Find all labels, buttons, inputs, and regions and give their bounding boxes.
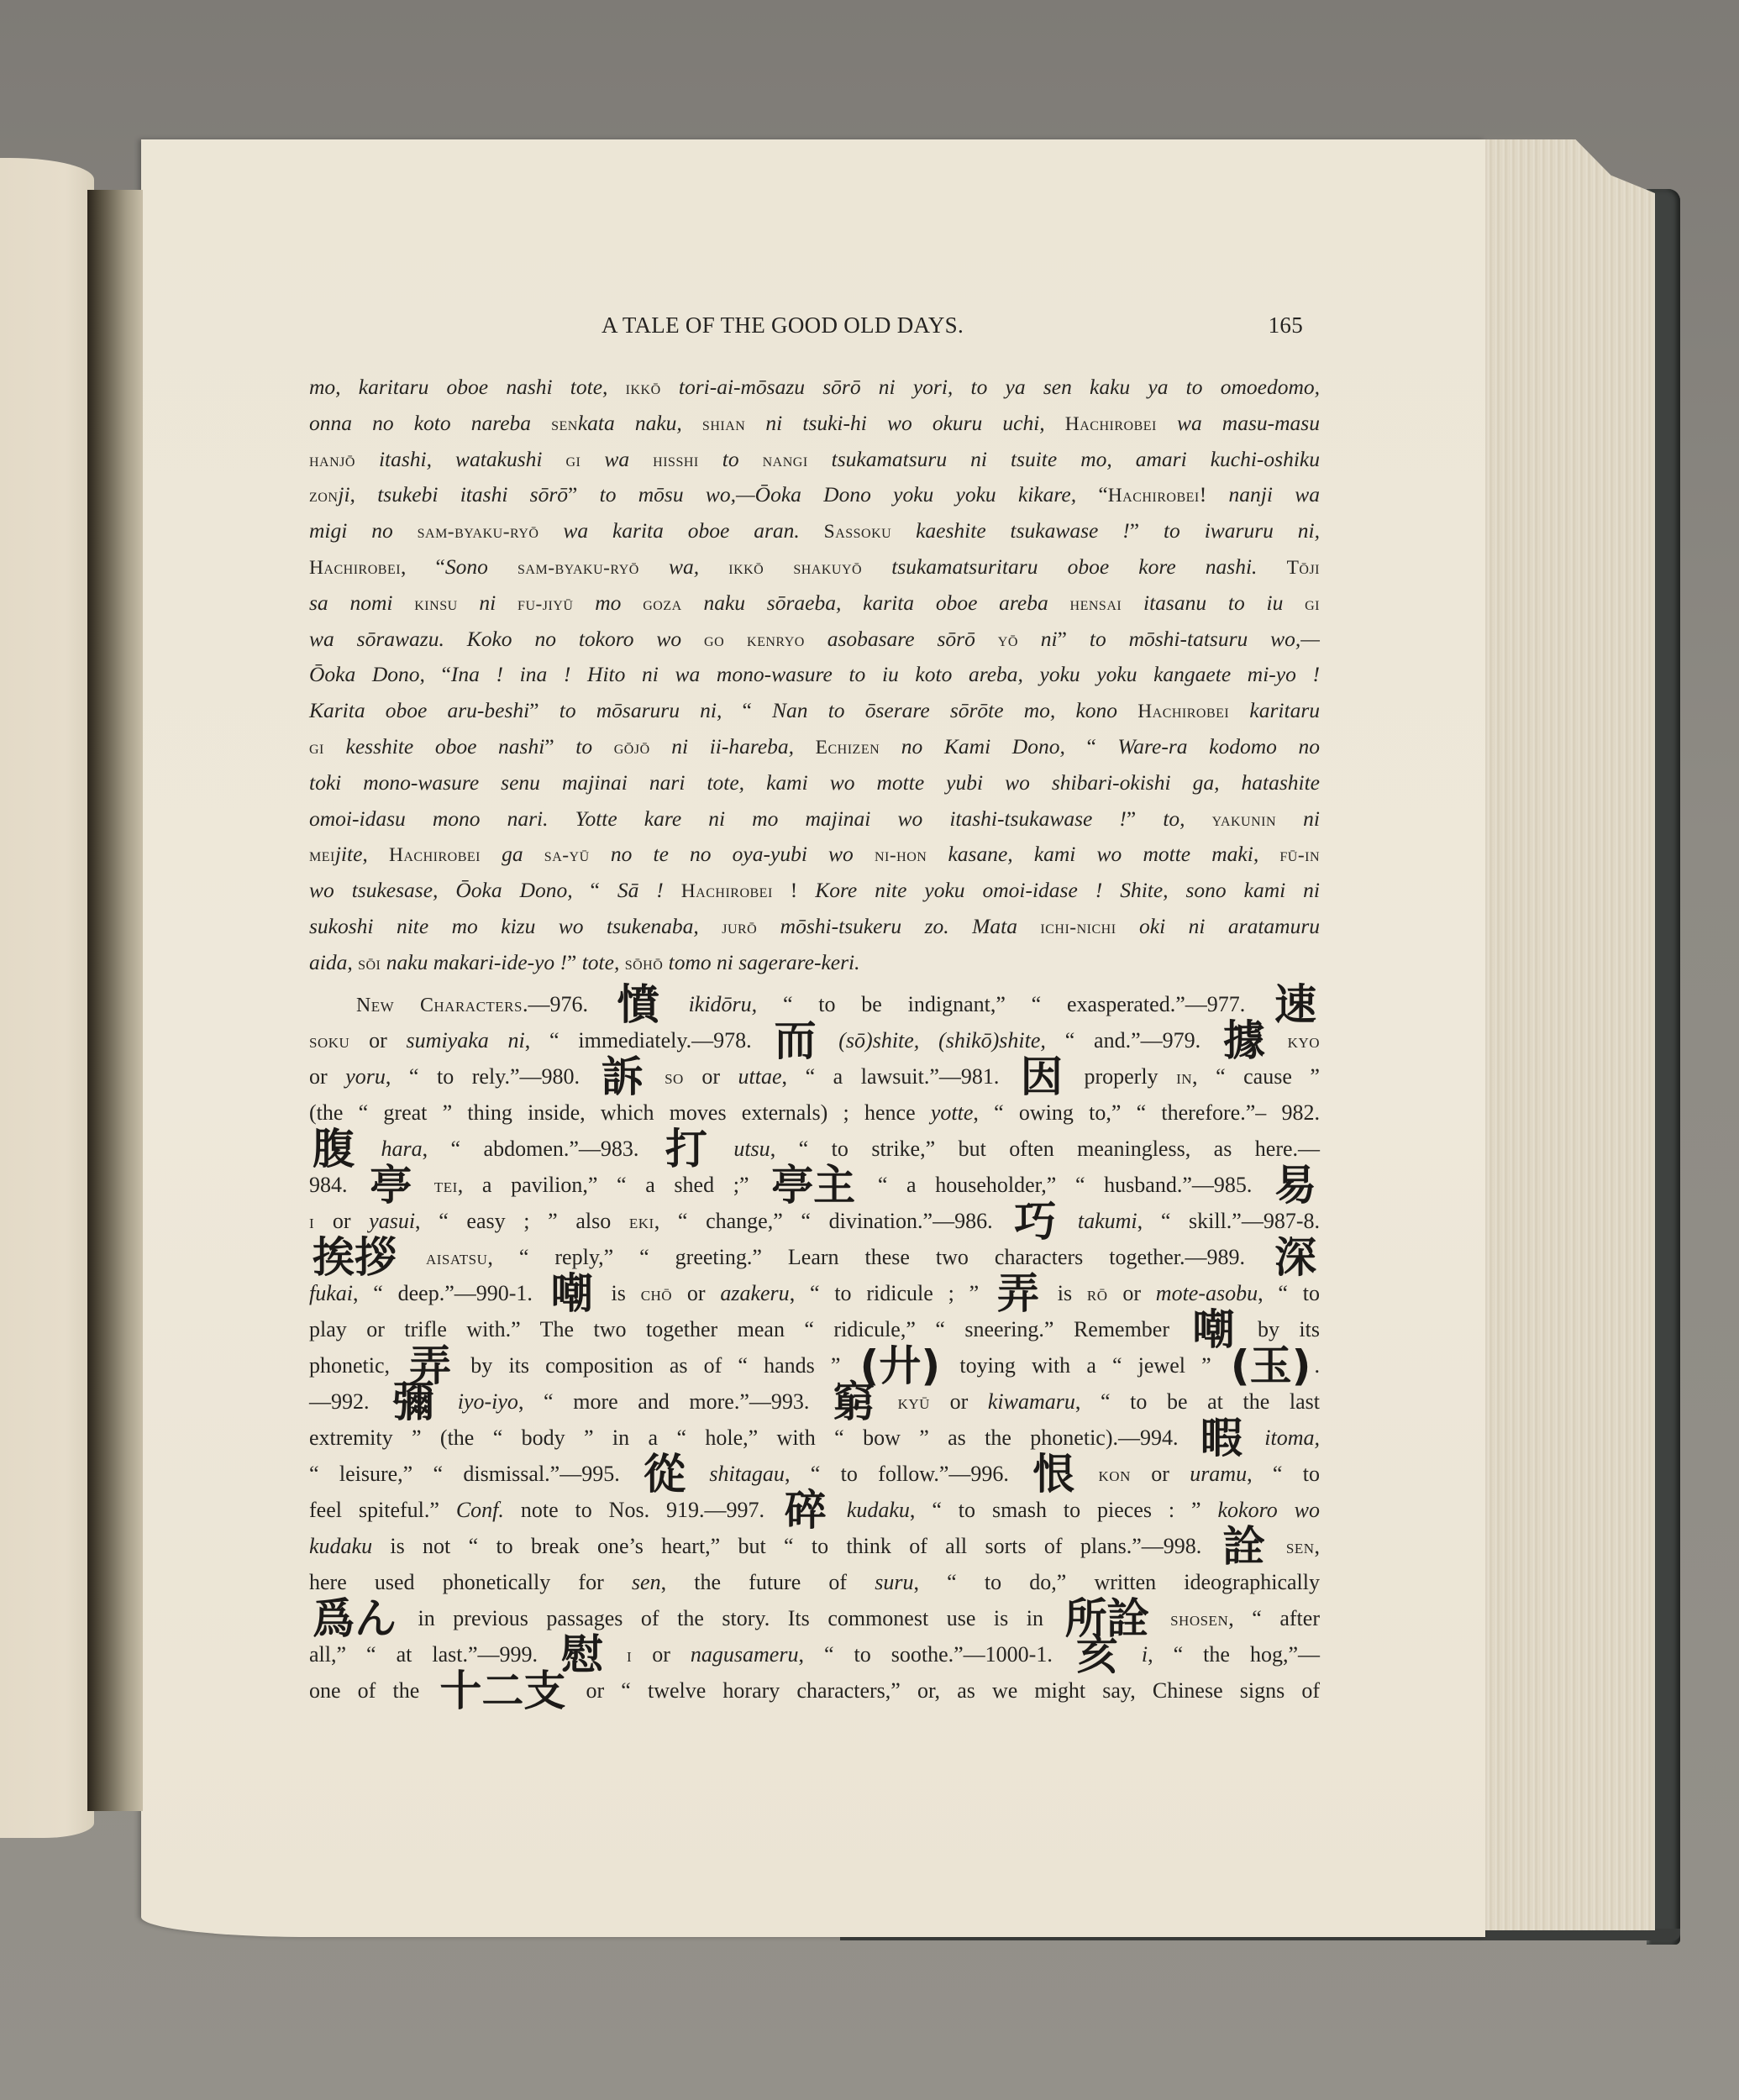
- italic-text: mo: [573, 591, 643, 615]
- small-caps-text: goza: [643, 593, 681, 615]
- text-line: 挨拶 aisatsu, “ reply,” “ greeting.” Learn…: [309, 1239, 1320, 1275]
- roman-text: , “ change,” “ divination.”—986.: [654, 1209, 1011, 1233]
- small-caps-text: fu-jiyū: [517, 593, 573, 615]
- italic-text: Nan to ōserare sōrōte mo, kono: [772, 698, 1137, 722]
- italic-text: to: [575, 734, 613, 759]
- text-line: migi no sam-byaku-ryō wa karita oboe ara…: [309, 513, 1320, 549]
- text-line: kudaku is not “ to break one’s heart,” b…: [309, 1528, 1320, 1564]
- italic-text: karitaru: [1229, 698, 1320, 722]
- italic-text: sukoshi nite mo kizu wo tsukenaba,: [309, 914, 722, 938]
- roman-text: ”: [1130, 518, 1164, 543]
- italic-text: to,: [1163, 806, 1211, 831]
- italic-text: kudaku: [830, 1498, 910, 1522]
- roman-text: , “ the hog,”—: [1148, 1642, 1320, 1667]
- roman-text: , “ to: [1247, 1462, 1320, 1486]
- italic-text: ni: [458, 591, 517, 615]
- italic-text: naku sōraeba, karita oboe areba: [682, 591, 1070, 615]
- italic-text: Sā !: [617, 878, 681, 902]
- small-caps-text: hisshi: [653, 449, 699, 471]
- small-caps-text: gi: [309, 737, 324, 759]
- roman-text: 984.: [309, 1173, 366, 1197]
- small-caps-text: kinsu: [414, 593, 457, 615]
- roman-text: “ a householder,” “ husband.”—985.: [859, 1173, 1271, 1197]
- small-caps-text: so: [647, 1067, 684, 1089]
- italic-text: takumi: [1059, 1209, 1137, 1233]
- text-line: sa nomi kinsu ni fu-jiyū mo goza naku sō…: [309, 585, 1320, 622]
- text-line: onna no koto nareba senkata naku, shian …: [309, 406, 1320, 442]
- text-line: sukoshi nite mo kizu wo tsukenaba, jurō …: [309, 909, 1320, 945]
- roman-text: properly: [1066, 1064, 1176, 1089]
- italic-text: kokoro wo: [1218, 1498, 1321, 1522]
- body-text: mo, karitaru oboe nashi tote, ikkō tori-…: [309, 370, 1320, 1709]
- small-caps-text: Hachirobei: [309, 557, 401, 579]
- roman-text: , “ abdomen.”—983.: [423, 1137, 662, 1161]
- small-caps-text: sen: [551, 413, 578, 435]
- roman-text: , “ to strike,” but often meaningless, a…: [770, 1137, 1320, 1161]
- italic-text: nagusameru: [691, 1642, 799, 1667]
- italic-text: to mōsu wo,—Ōoka Dono yoku yoku kikare,: [600, 482, 1099, 507]
- text-line: extremity ” (the “ body ” in a “ hole,” …: [309, 1420, 1320, 1456]
- roman-text: one of the: [309, 1678, 436, 1703]
- roman-text: , the future of: [661, 1570, 875, 1594]
- roman-text: !: [1200, 482, 1229, 507]
- italic-text: yasui: [369, 1209, 415, 1233]
- small-caps-text: kyo: [1269, 1031, 1320, 1053]
- small-caps-text: ikkō shakuyō: [728, 557, 862, 579]
- italic-text: kaeshite tsukawase !: [891, 518, 1130, 543]
- small-caps-text: gōjō: [614, 737, 650, 759]
- roman-text: “: [743, 698, 773, 722]
- roman-text: toying with a “ jewel ”: [943, 1353, 1227, 1378]
- text-line: phonetic, 弄 by its composition as of “ h…: [309, 1347, 1320, 1383]
- text-line: wo tsukesase, Ōoka Dono, “ Sā ! Hachirob…: [309, 873, 1320, 909]
- italic-text: (sō)shite, (shikō)shite,: [819, 1028, 1045, 1053]
- italic-text: tomo ni sagerare-keri.: [663, 950, 859, 974]
- roman-text: or: [1131, 1462, 1190, 1486]
- italic-text: wa karita oboe aran.: [539, 518, 823, 543]
- italic-text: fukai: [309, 1281, 353, 1305]
- italic-text: sen: [632, 1570, 661, 1594]
- italic-text: aida,: [309, 950, 358, 974]
- roman-text: here used phonetically for: [309, 1570, 632, 1594]
- italic-text: mote-asobu: [1156, 1281, 1258, 1305]
- italic-text: tori-ai-mōsazu sōrō ni yori, to ya sen k…: [661, 375, 1320, 399]
- italic-text: kasane, kami wo motte maki,: [927, 842, 1279, 866]
- small-caps-text: nangi: [763, 449, 808, 471]
- text-line: or yoru, “ to rely.”—980. 訴 so or uttae,…: [309, 1058, 1320, 1095]
- small-caps-text: yakunin: [1212, 809, 1276, 831]
- roman-text: or: [309, 1064, 345, 1089]
- small-caps-text: ni-hon: [875, 844, 927, 866]
- roman-text: by its composition as of “ hands ”: [454, 1353, 856, 1378]
- italic-text: kiwamaru: [988, 1389, 1075, 1414]
- gutter-shadow: [87, 190, 143, 1811]
- italic-text: kesshite oboe nashi: [324, 734, 544, 759]
- italic-text: itasanu to iu: [1122, 591, 1305, 615]
- italic-text: ikidōru,: [663, 992, 783, 1016]
- running-head-title: A TALE OF THE GOOD OLD DAYS.: [602, 312, 964, 339]
- italic-text: migi no: [309, 518, 418, 543]
- roman-text: “: [591, 878, 617, 902]
- small-caps-text: New Characters: [356, 995, 523, 1016]
- italic-text: itashi, watakushi: [355, 447, 566, 471]
- small-caps-text: Hachirobei: [389, 844, 481, 866]
- italic-text: oki ni aratamuru: [1116, 914, 1320, 938]
- roman-text: ”: [1058, 627, 1090, 651]
- italic-text: Ina ! ina ! Hito ni wa mono-wasure to iu…: [451, 662, 1320, 686]
- italic-text: sumiyaka ni: [407, 1028, 525, 1053]
- roman-text: , “ skill.”—987-8.: [1137, 1209, 1320, 1233]
- roman-text: , a pavilion,” “ a shed ;”: [458, 1173, 768, 1197]
- small-caps-text: gi: [1305, 593, 1320, 615]
- italic-text: Ware-ra kodomo no: [1117, 734, 1320, 759]
- italic-text: mo, karitaru oboe nashi tote,: [309, 375, 626, 399]
- roman-text: , “ to rely.”—980.: [386, 1064, 598, 1089]
- italic-text: wa,: [639, 554, 728, 579]
- text-line: feel spiteful.” Conf. note to Nos. 919.—…: [309, 1492, 1320, 1528]
- italic-text: ni ii-hareba,: [650, 734, 816, 759]
- new-characters-notes: New Characters.—976. 憤 ikidōru, “ to be …: [309, 986, 1320, 1709]
- italic-text: tsukamatsuritaru oboe kore nashi.: [862, 554, 1286, 579]
- page-number: 165: [1269, 312, 1303, 339]
- italic-text: i: [1122, 1642, 1148, 1667]
- roman-text: ”: [568, 482, 600, 507]
- small-caps-text: soku: [309, 1031, 349, 1053]
- roman-text: , “ to smash to pieces : ”: [910, 1498, 1218, 1522]
- italic-text: wo tsukesase, Ōoka Dono,: [309, 878, 591, 902]
- small-caps-text: Hachirobei: [1065, 413, 1157, 435]
- small-caps-text: chō: [641, 1284, 672, 1305]
- italic-text: naku makari-ide-yo !: [381, 950, 567, 974]
- italic-text: wa masu-masu: [1157, 411, 1320, 435]
- roman-text: , “ to follow.”—996.: [785, 1462, 1029, 1486]
- italic-text: sa nomi: [309, 591, 414, 615]
- italic-text: Conf.: [456, 1498, 504, 1522]
- italic-text: yoru: [345, 1064, 386, 1089]
- italic-text: to mōshi-tatsuru wo,—: [1090, 627, 1320, 651]
- small-caps-text: Hachirobei: [681, 880, 773, 902]
- roman-text: , “ deep.”—990-1.: [353, 1281, 548, 1305]
- small-caps-text: i: [607, 1645, 632, 1667]
- roman-text: “: [1086, 734, 1117, 759]
- small-caps-text: fū-in: [1279, 844, 1320, 866]
- small-caps-text: sōhō: [625, 953, 664, 974]
- small-caps-text: hanjō: [309, 449, 355, 471]
- roman-text: ,: [1315, 1534, 1321, 1558]
- small-caps-text: ikkō: [626, 377, 661, 399]
- italic-text: hara: [358, 1137, 423, 1161]
- italic-text: omoi-idasu mono nari. Yotte kare ni mo m…: [309, 806, 1127, 831]
- small-caps-text: Tōji: [1287, 557, 1320, 579]
- text-line: gi kesshite oboe nashi” to gōjō ni ii-ha…: [309, 729, 1320, 765]
- roman-text: is: [596, 1281, 641, 1305]
- italic-text: itoma,: [1246, 1425, 1320, 1450]
- page-block-edges: [1479, 139, 1655, 1930]
- roman-text: , “ immediately.—978.: [525, 1028, 771, 1053]
- small-caps-text: kyū: [878, 1392, 930, 1414]
- roman-text: is: [1043, 1281, 1087, 1305]
- roman-text: is not “ to break one’s heart,” but “ to…: [372, 1534, 1220, 1558]
- roman-text: (the “ great ” thing inside, which moves…: [309, 1100, 931, 1125]
- small-caps-text: Hachirobei: [1108, 485, 1200, 507]
- italic-text: suru: [875, 1570, 913, 1594]
- roman-text: ”: [544, 734, 575, 759]
- roman-text: play or trifle with.” The two together m…: [309, 1317, 1189, 1341]
- roman-text: “ to be indignant,” “ exasperated.”—977.: [783, 992, 1271, 1016]
- italic-text: Kore nite yoku omoi-idase ! Shite, sono …: [815, 878, 1320, 902]
- roman-text: phonetic,: [309, 1353, 406, 1378]
- italic-text: wa: [581, 447, 653, 471]
- text-line: Karita oboe aru-beshi” to mōsaruru ni, “…: [309, 693, 1320, 729]
- small-caps-text: kon: [1078, 1464, 1131, 1486]
- italic-text: Karita oboe aru-beshi: [309, 698, 529, 722]
- text-line: (the “ great ” thing inside, which moves…: [309, 1095, 1320, 1131]
- italic-text: asobasare sōrō: [805, 627, 998, 651]
- roman-text: , “ reply,” “ greeting.” Learn these two…: [487, 1245, 1271, 1269]
- roman-text: or “ twelve horary characters,” or, as w…: [569, 1678, 1320, 1703]
- italic-text: shitagau: [689, 1462, 785, 1486]
- italic-text: toki mono-wasure senu majinai nari tote,…: [309, 770, 1320, 795]
- italic-text: no Kami Dono,: [880, 734, 1086, 759]
- roman-text: “: [442, 662, 451, 686]
- text-line: i or yasui, “ easy ; ” also eki, “ chang…: [309, 1203, 1320, 1239]
- text-line: 爲ん in previous passages of the story. It…: [309, 1600, 1320, 1636]
- italic-text: yotte: [931, 1100, 974, 1125]
- small-caps-text: shosen: [1153, 1609, 1229, 1630]
- roman-text: , “: [401, 554, 445, 579]
- roman-text: ”: [529, 698, 560, 722]
- roman-text: —992.: [309, 1389, 389, 1414]
- small-caps-text: zon: [309, 485, 338, 507]
- roman-text: by its: [1237, 1317, 1320, 1341]
- italic-text: kudaku: [309, 1534, 372, 1558]
- roman-text: feel spiteful.”: [309, 1498, 456, 1522]
- roman-text: , “ to ridicule ; ”: [790, 1281, 994, 1305]
- text-line: Hachirobei, “Sono sam-byaku-ryō wa, ikkō…: [309, 549, 1320, 585]
- small-caps-text: sam-byaku-ryō: [517, 557, 639, 579]
- italic-text: tsukamatsuru ni tsuite mo, amari kuchi-o…: [808, 447, 1320, 471]
- text-line: wa sōrawazu. Koko no tokoro wo go kenryo…: [309, 622, 1320, 658]
- small-caps-text: Echizen: [816, 737, 880, 759]
- roman-text: ”: [567, 950, 582, 974]
- text-line: fukai, “ deep.”—990-1. 嘲 is chō or azake…: [309, 1275, 1320, 1311]
- roman-text: or: [632, 1642, 691, 1667]
- italic-text: Sono: [445, 554, 517, 579]
- small-caps-text: go kenryo: [704, 629, 805, 651]
- italic-text: iyo-iyo: [438, 1389, 518, 1414]
- text-line: mo, karitaru oboe nashi tote, ikkō tori-…: [309, 370, 1320, 406]
- text-line: hanjō itashi, watakushi gi wa hisshi to …: [309, 442, 1320, 478]
- small-caps-text: gi: [565, 449, 581, 471]
- italic-text: jite,: [335, 842, 389, 866]
- italic-text: kata naku,: [578, 411, 702, 435]
- roman-text: , “ easy ; ” also: [415, 1209, 629, 1233]
- roman-text: , “ more and more.”—993.: [518, 1389, 829, 1414]
- roman-text: , “ after: [1228, 1606, 1320, 1630]
- italic-text: utsu: [711, 1137, 770, 1161]
- small-caps-text: in: [1176, 1067, 1192, 1089]
- roman-text: , “ owing to,” “ therefore.”– 982.: [973, 1100, 1320, 1125]
- small-caps-text: Sassoku: [824, 521, 892, 543]
- text-line: play or trifle with.” The two together m…: [309, 1311, 1320, 1347]
- italic-text: ni tsuki-hi wo okuru uchi,: [745, 411, 1064, 435]
- small-caps-text: shian: [702, 413, 745, 435]
- roman-text: , “ a lawsuit.”—981.: [782, 1064, 1017, 1089]
- text-line: Ōoka Dono, “Ina ! ina ! Hito ni wa mono-…: [309, 657, 1320, 693]
- small-caps-text: sa-yū: [544, 844, 590, 866]
- roman-text: !: [773, 878, 815, 902]
- italic-text: to mōsaruru ni,: [560, 698, 743, 722]
- italic-text: wa sōrawazu. Koko no tokoro wo: [309, 627, 704, 651]
- text-line: 984. 亭 tei, a pavilion,” “ a shed ;” 亭主 …: [309, 1167, 1320, 1203]
- italic-text: mōshi-tsukeru zo. Mata: [757, 914, 1040, 938]
- italic-text: to iwaruru ni,: [1164, 518, 1320, 543]
- small-caps-text: eki: [629, 1211, 654, 1233]
- text-line: one of the 十二支 or “ twelve horary charac…: [309, 1672, 1320, 1709]
- text-line: here used phonetically for sen, the futu…: [309, 1564, 1320, 1600]
- roman-text: “ and.”—979.: [1046, 1028, 1220, 1053]
- roman-text: extremity ” (the “ body ” in a “ hole,” …: [309, 1425, 1197, 1450]
- italic-text: nanji wa: [1229, 482, 1320, 507]
- small-caps-text: Hachirobei: [1137, 701, 1229, 722]
- italic-text: ga: [481, 842, 544, 866]
- italic-text: ni: [1018, 627, 1058, 651]
- italic-text: uramu: [1190, 1462, 1247, 1486]
- italic-text: azakeru: [720, 1281, 789, 1305]
- roman-text: ”: [1127, 806, 1163, 831]
- small-caps-text: ichi-nichi: [1040, 916, 1116, 938]
- small-caps-text: mei: [309, 844, 335, 866]
- italic-text: Ōoka Dono,: [309, 662, 442, 686]
- roman-text: “ leisure,” “ dismissal.”—995.: [309, 1462, 640, 1486]
- text-line: aida, sōi naku makari-ide-yo !” tote, sō…: [309, 945, 1320, 981]
- text-line: meijite, Hachirobei ga sa-yū no te no oy…: [309, 837, 1320, 873]
- story-paragraph: mo, karitaru oboe nashi tote, ikkō tori-…: [309, 370, 1320, 981]
- roman-text: note to Nos. 919.—997.: [504, 1498, 781, 1522]
- small-caps-text: tei: [415, 1175, 458, 1197]
- italic-text: ni: [1276, 806, 1320, 831]
- roman-text: .—976.: [523, 992, 614, 1016]
- roman-text: in previous passages of the story. Its c…: [400, 1606, 1062, 1630]
- roman-text: , “ to be at the last: [1075, 1389, 1320, 1414]
- roman-text: .: [1314, 1353, 1320, 1378]
- italic-text: ji, tsukebi itashi sōrō: [338, 482, 568, 507]
- roman-text: or: [1108, 1281, 1156, 1305]
- roman-text: , “ to: [1258, 1281, 1320, 1305]
- small-caps-text: sen: [1269, 1536, 1315, 1558]
- small-caps-text: sam-byaku-ryō: [418, 521, 539, 543]
- roman-text: or: [314, 1209, 369, 1233]
- text-line: toki mono-wasure senu majinai nari tote,…: [309, 765, 1320, 801]
- text-line: soku or sumiyaka ni, “ immediately.—978.…: [309, 1022, 1320, 1058]
- roman-text: , “ to do,” written ideographically: [914, 1570, 1321, 1594]
- small-caps-text: rō: [1087, 1284, 1108, 1305]
- roman-text: all,” “ at last.”—999.: [309, 1642, 558, 1667]
- text-line: omoi-idasu mono nari. Yotte kare ni mo m…: [309, 801, 1320, 837]
- small-caps-text: sōi: [358, 953, 381, 974]
- italic-text: to: [699, 447, 763, 471]
- left-page-edge: [0, 158, 94, 1838]
- roman-text: “: [1098, 482, 1107, 507]
- italic-text: tote,: [582, 950, 625, 974]
- small-caps-text: hensai: [1070, 593, 1122, 615]
- italic-text: uttae: [738, 1064, 782, 1089]
- small-caps-text: aisatsu: [400, 1247, 487, 1269]
- small-caps-text: yō: [998, 629, 1018, 651]
- small-caps-text: jurō: [722, 916, 757, 938]
- italic-text: onna no koto nareba: [309, 411, 551, 435]
- text-line: zonji, tsukebi itashi sōrō” to mōsu wo,—…: [309, 477, 1320, 513]
- roman-text: or: [349, 1028, 406, 1053]
- italic-text: no te no oya-yubi wo: [590, 842, 875, 866]
- text-line: —992. 彌 iyo-iyo, “ more and more.”—993. …: [309, 1383, 1320, 1420]
- roman-text: or: [672, 1281, 720, 1305]
- roman-text: , “ to soothe.”—1000-1.: [798, 1642, 1072, 1667]
- roman-text: or: [930, 1389, 988, 1414]
- roman-text: , “ cause ”: [1192, 1064, 1320, 1089]
- roman-text: or: [684, 1064, 738, 1089]
